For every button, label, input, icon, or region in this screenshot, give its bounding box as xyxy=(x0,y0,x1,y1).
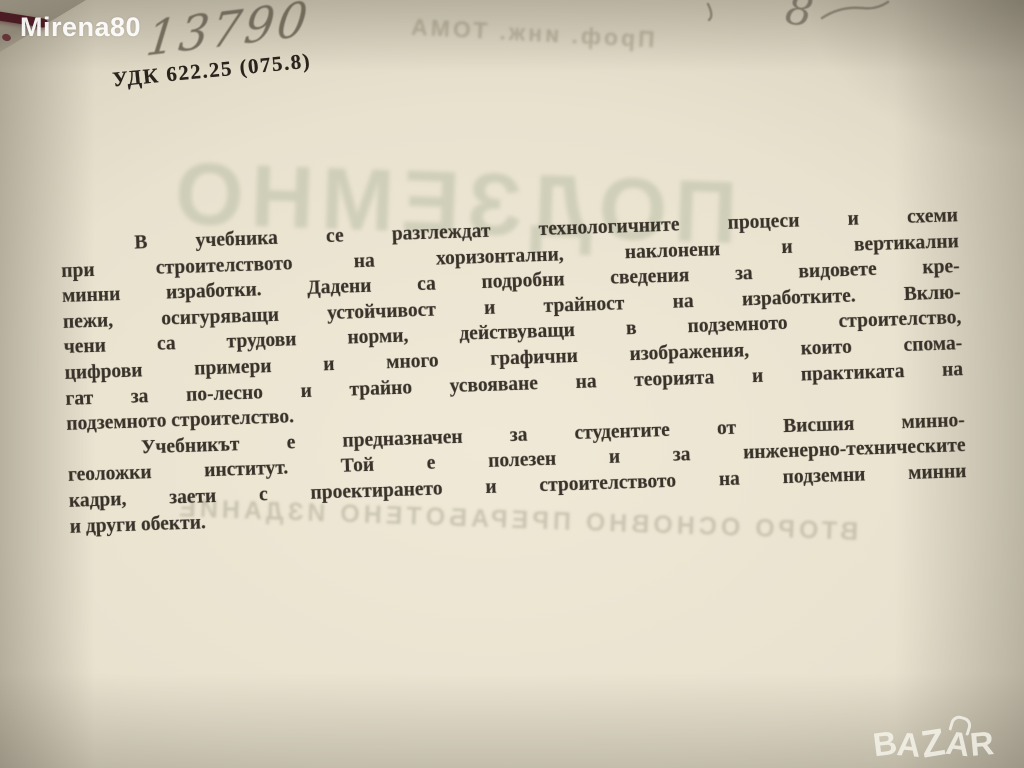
bazar-logo-letter-2: A xyxy=(896,727,923,762)
bazar-logo-letter-5: R xyxy=(969,726,996,761)
bazar-logo: BAZAR xyxy=(873,722,994,760)
vignette-bottom xyxy=(0,673,1024,768)
annotation-block: В учебника се разглеждат технологичните … xyxy=(60,203,968,540)
book-page-photo: Проф. инж. ТОМА ПОДЗЕМНО ВТОРО ОСНОВНО П… xyxy=(0,0,1024,768)
handwritten-scribble-tail xyxy=(690,0,910,46)
watermark: Mirena80 xyxy=(20,12,141,43)
ghost-author-showthrough: Проф. инж. ТОМА xyxy=(407,14,655,54)
